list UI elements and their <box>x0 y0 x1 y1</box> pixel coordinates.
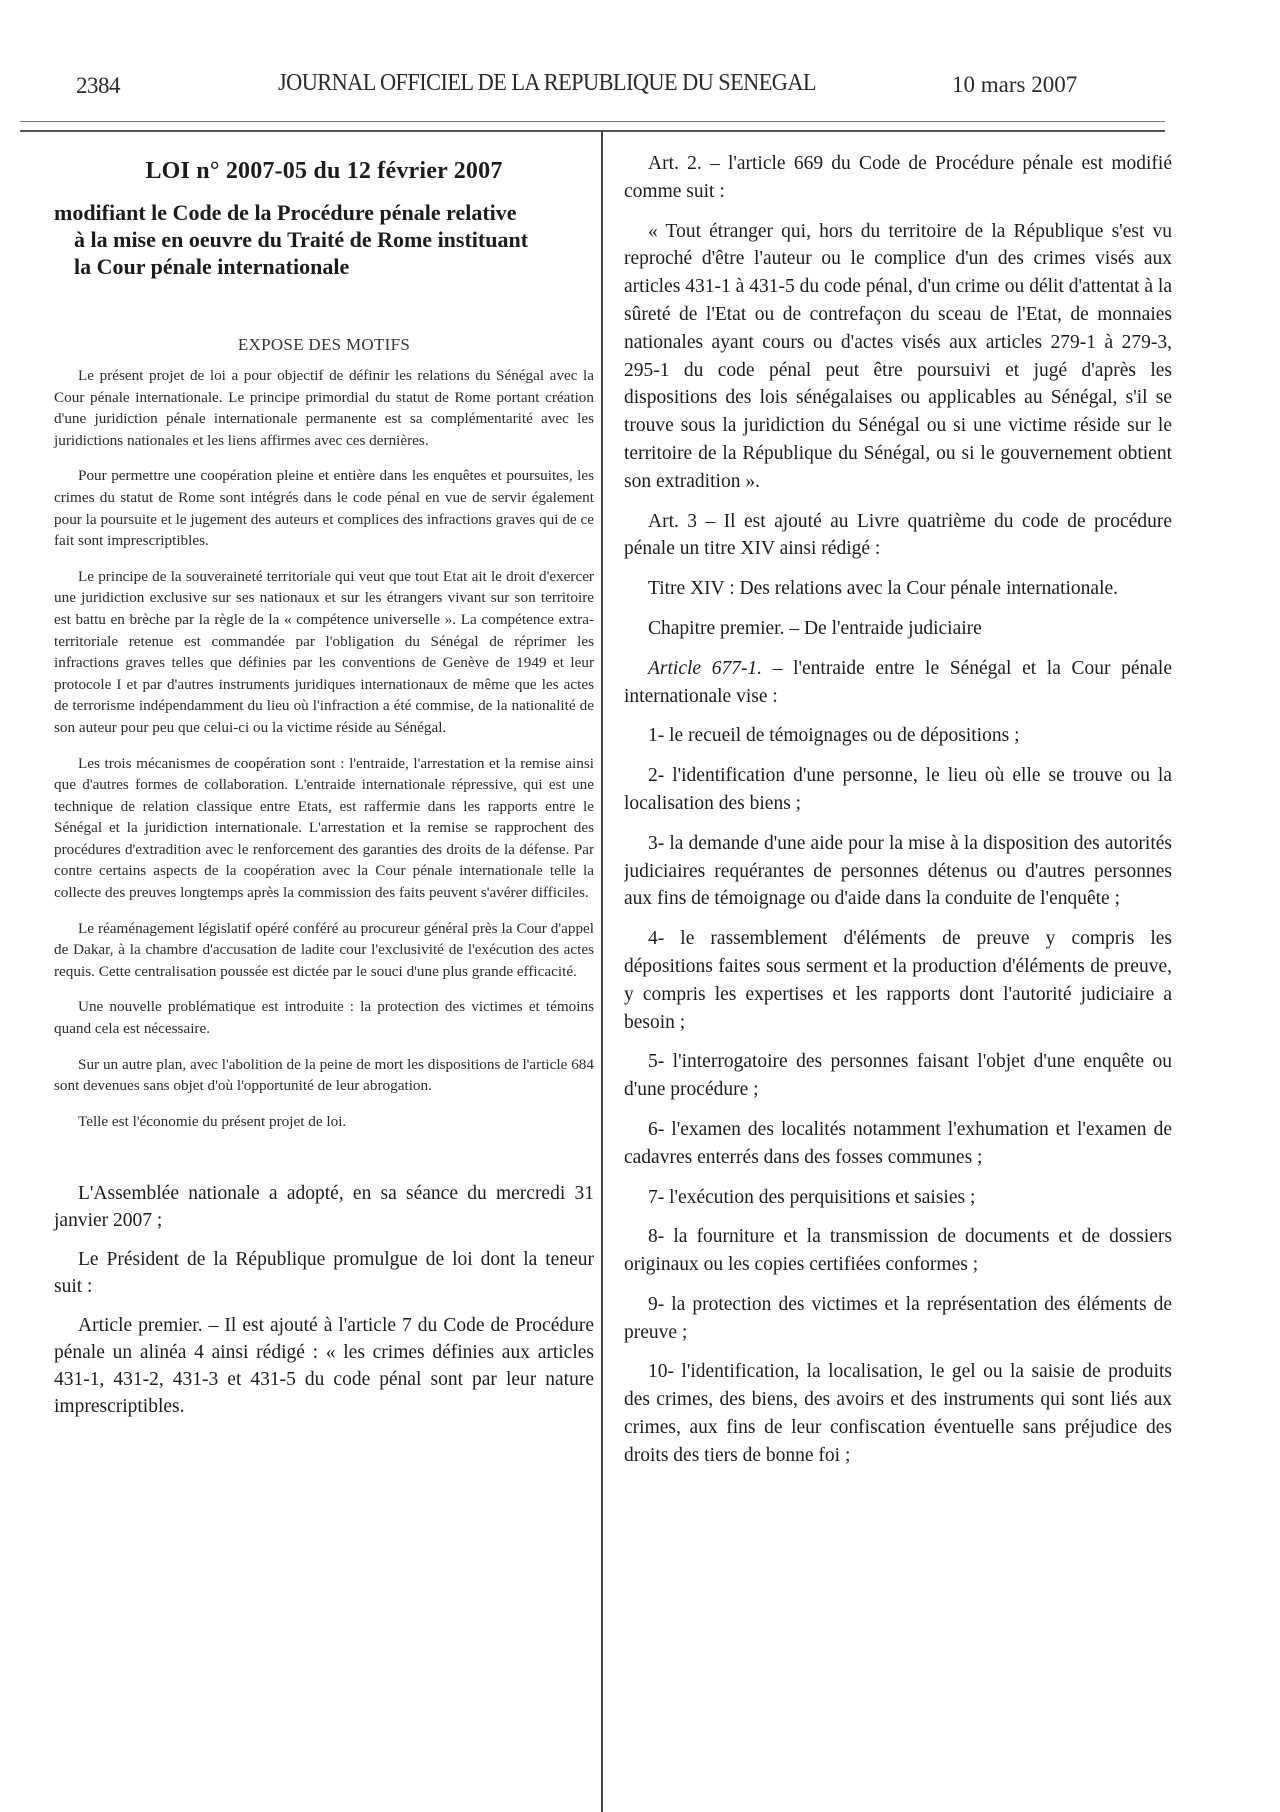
list-item: 8- la fourniture et la transmission de d… <box>624 1223 1172 1279</box>
enactment-paragraph: L'Assemblée nationale a adopté, en sa sé… <box>54 1180 594 1234</box>
list-item: 1- le recueil de témoignages ou de dépos… <box>624 722 1172 750</box>
list-item: 10- l'identification, la localisation, l… <box>624 1358 1172 1469</box>
page-header: 2384 JOURNAL OFFICIEL DE LA REPUBLIQUE D… <box>0 0 1280 140</box>
law-title: LOI n° 2007-05 du 12 février 2007 <box>54 158 594 185</box>
article-677-1: Article 677-1. – l'entraide entre le Sén… <box>624 655 1172 711</box>
column-divider <box>601 131 603 1812</box>
header-rule-bottom <box>20 130 1165 132</box>
list-item: 6- l'examen des localités notamment l'ex… <box>624 1116 1172 1172</box>
header-rule-top <box>20 121 1165 122</box>
list-item: 7- l'exécution des perquisitions et sais… <box>624 1184 1172 1212</box>
expose-paragraph: Pour permettre une coopération pleine et… <box>54 465 594 551</box>
article-premier: Article premier. – Il est ajouté à l'art… <box>54 1312 594 1420</box>
left-column: LOI n° 2007-05 du 12 février 2007 modifi… <box>54 140 594 1432</box>
expose-paragraph: Les trois mécanismes de coopération sont… <box>54 753 594 904</box>
expose-heading: EXPOSE DES MOTIFS <box>54 335 594 355</box>
journal-title: JOURNAL OFFICIEL DE LA REPUBLIQUE DU SEN… <box>278 70 816 97</box>
titre-xiv: Titre XIV : Des relations avec la Cour p… <box>624 575 1172 603</box>
law-subtitle-line: modifiant le Code de la Procédure pénale… <box>54 199 594 226</box>
expose-paragraph: Le réaménagement législatif opéré confér… <box>54 918 594 983</box>
chapitre-premier: Chapitre premier. – De l'entraide judici… <box>624 615 1172 643</box>
article-3: Art. 3 – Il est ajouté au Livre quatrièm… <box>624 508 1172 564</box>
expose-paragraph: Telle est l'économie du présent projet d… <box>54 1111 594 1133</box>
enactment-block: L'Assemblée nationale a adopté, en sa sé… <box>54 1180 594 1420</box>
list-item: 4- le rassemblement d'éléments de preuve… <box>624 925 1172 1036</box>
law-subtitle-line: la Cour pénale internationale <box>54 253 594 280</box>
expose-paragraph: Le présent projet de loi a pour objectif… <box>54 365 594 451</box>
issue-date: 10 mars 2007 <box>952 72 1077 98</box>
list-item: 3- la demande d'une aide pour la mise à … <box>624 830 1172 913</box>
law-subtitle: modifiant le Code de la Procédure pénale… <box>54 199 594 280</box>
expose-paragraph: Le principe de la souveraineté territori… <box>54 566 594 739</box>
article-2-quote: « Tout étranger qui, hors du territoire … <box>624 218 1172 496</box>
right-column: Art. 2. – l'article 669 du Code de Procé… <box>624 150 1172 1482</box>
article-677-1-label: Article 677-1. <box>648 658 762 679</box>
list-item: 5- l'interrogatoire des personnes faisan… <box>624 1048 1172 1104</box>
law-subtitle-line: à la mise en oeuvre du Traité de Rome in… <box>54 226 594 253</box>
page-number: 2384 <box>76 73 120 99</box>
expose-paragraph: Sur un autre plan, avec l'abolition de l… <box>54 1054 594 1097</box>
expose-paragraph: Une nouvelle problématique est introduit… <box>54 996 594 1039</box>
list-item: 9- la protection des victimes et la repr… <box>624 1291 1172 1347</box>
enactment-paragraph: Le Président de la République promulgue … <box>54 1246 594 1300</box>
article-2-intro: Art. 2. – l'article 669 du Code de Procé… <box>624 150 1172 206</box>
list-item: 2- l'identification d'une personne, le l… <box>624 762 1172 818</box>
